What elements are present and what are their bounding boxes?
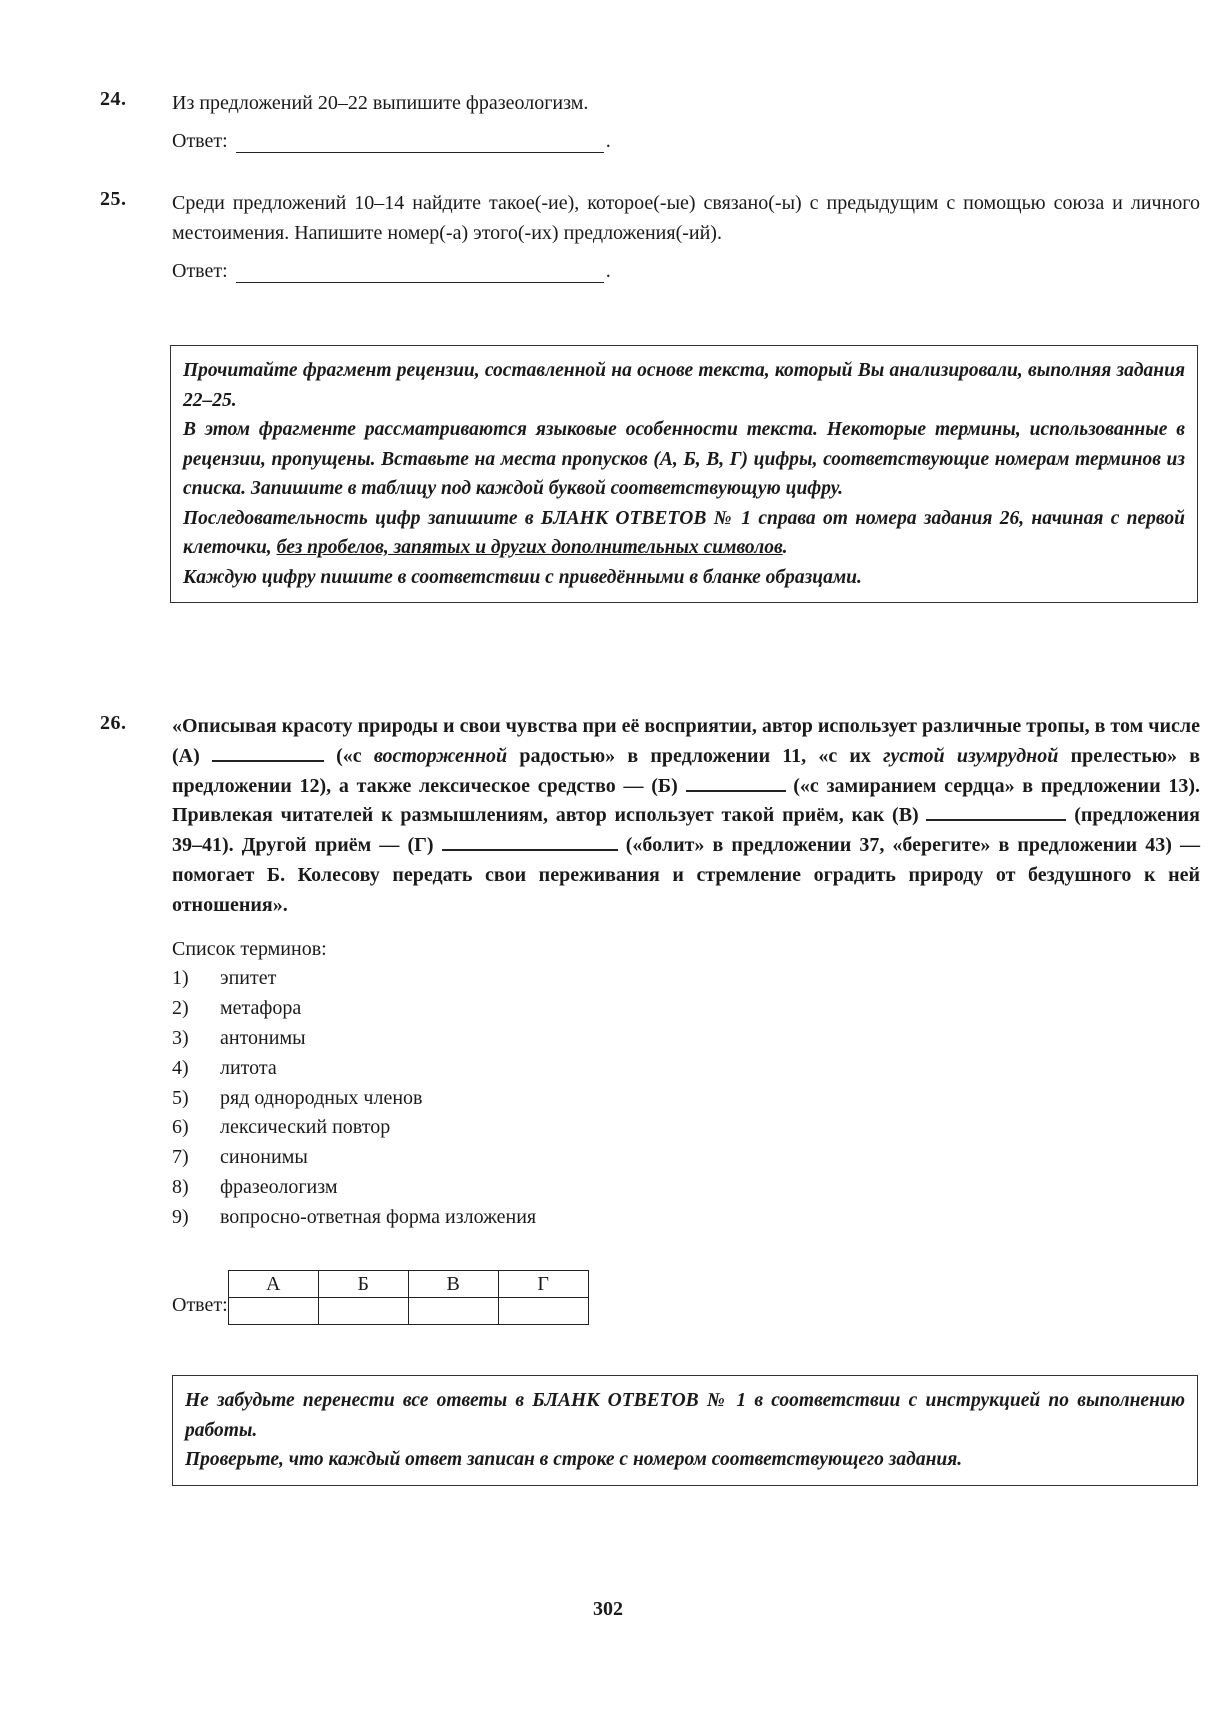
term-label: фразеологизм	[220, 1173, 338, 1203]
answer-line: Ответ: .	[172, 130, 1200, 153]
answer-column-header: А	[228, 1271, 318, 1298]
term-label: антонимы	[220, 1024, 306, 1054]
review-italic: густой изумрудной	[883, 745, 1058, 767]
review-fragment: «Описывая красоту природы и свои чувства…	[172, 712, 1200, 921]
term-item: 8)фразеологизм	[172, 1173, 1200, 1203]
term-label: литота	[220, 1054, 277, 1084]
task-26: 26. «Описывая красоту природы и свои чув…	[100, 712, 1200, 1233]
answer-cell[interactable]	[228, 1298, 318, 1325]
term-item: 2)метафора	[172, 994, 1200, 1024]
answer-cell[interactable]	[498, 1298, 588, 1325]
task-24: 24. Из предложений 20–22 выпишите фразео…	[100, 88, 1200, 153]
term-number: 4)	[172, 1054, 220, 1084]
task-number: 24.	[100, 88, 127, 111]
terms-list: Список терминов: 1)эпитет2)метафора3)ант…	[172, 935, 1200, 1233]
term-item: 7)синонимы	[172, 1143, 1200, 1173]
answer-period: .	[606, 260, 611, 283]
term-item: 4)литота	[172, 1054, 1200, 1084]
review-text: («с	[324, 745, 374, 767]
task-number: 26.	[100, 712, 127, 735]
task-text: Из предложений 20–22 выпишите фразеологи…	[172, 88, 1200, 118]
term-number: 2)	[172, 994, 220, 1024]
answer-value-row	[228, 1298, 588, 1325]
answer-period: .	[606, 130, 611, 153]
gap-v	[926, 801, 1066, 821]
answer-label: Ответ:	[172, 1294, 228, 1317]
term-number: 3)	[172, 1024, 220, 1054]
answer-line: Ответ: .	[172, 260, 1200, 283]
instruction-paragraph: Последовательность цифр запишите в БЛАНК…	[183, 504, 1185, 563]
instruction-paragraph: Прочитайте фрагмент рецензии, составленн…	[183, 356, 1185, 415]
term-number: 8)	[172, 1173, 220, 1203]
page-number: 302	[0, 1598, 1216, 1621]
task-number: 25.	[100, 188, 127, 211]
instruction-paragraph: В этом фрагменте рассматриваются языковы…	[183, 415, 1185, 504]
answer-cell[interactable]	[408, 1298, 498, 1325]
term-label: ряд однородных членов	[220, 1084, 422, 1114]
instruction-box: Прочитайте фрагмент рецензии, составленн…	[170, 345, 1198, 603]
instruction-underlined: без пробелов, запятых и других дополните…	[277, 537, 783, 558]
term-label: вопросно-ответная форма изложения	[220, 1203, 536, 1233]
review-italic: восторженной	[374, 745, 507, 767]
term-item: 1)эпитет	[172, 964, 1200, 994]
reminder-box: Не забудьте перенести все ответы в БЛАНК…	[172, 1375, 1198, 1486]
term-item: 6)лексический повтор	[172, 1113, 1200, 1143]
reminder-paragraph: Проверьте, что каждый ответ записан в ст…	[185, 1445, 1185, 1475]
term-number: 5)	[172, 1084, 220, 1114]
term-label: лексический повтор	[220, 1113, 390, 1143]
reminder-paragraph: Не забудьте перенести все ответы в БЛАНК…	[185, 1386, 1185, 1445]
terms-items: 1)эпитет2)метафора3)антонимы4)литота5)ря…	[172, 964, 1200, 1232]
answer-column-header: В	[408, 1271, 498, 1298]
term-item: 5)ряд однородных членов	[172, 1084, 1200, 1114]
terms-title: Список терминов:	[172, 935, 1200, 965]
term-number: 7)	[172, 1143, 220, 1173]
answer-grid: АБВГ	[228, 1270, 589, 1325]
answer-label: Ответ:	[172, 260, 228, 283]
exam-page: 24. Из предложений 20–22 выпишите фразео…	[0, 0, 1216, 1712]
term-label: метафора	[220, 994, 301, 1024]
gap-g	[442, 831, 618, 851]
term-label: эпитет	[220, 964, 276, 994]
answer-field-25[interactable]	[236, 262, 604, 283]
term-label: синонимы	[220, 1143, 308, 1173]
gap-b	[686, 772, 786, 792]
answer-column-header: Б	[318, 1271, 408, 1298]
answer-field-24[interactable]	[236, 132, 604, 153]
term-number: 9)	[172, 1203, 220, 1233]
answer-table-26: Ответ: АБВГ	[172, 1270, 589, 1325]
answer-header-row: АБВГ	[228, 1271, 588, 1298]
term-number: 6)	[172, 1113, 220, 1143]
review-text: радостью» в предложении 11, «с их	[507, 745, 883, 767]
term-item: 3)антонимы	[172, 1024, 1200, 1054]
task-text: Среди предложений 10–14 найдите такое(-и…	[172, 188, 1200, 248]
instruction-paragraph: Каждую цифру пишите в соответствии с при…	[183, 563, 1185, 593]
answer-label: Ответ:	[172, 130, 228, 153]
gap-a	[212, 742, 324, 762]
answer-column-header: Г	[498, 1271, 588, 1298]
answer-cell[interactable]	[318, 1298, 408, 1325]
instruction-text: .	[783, 537, 788, 558]
term-item: 9)вопросно-ответная форма изложения	[172, 1203, 1200, 1233]
term-number: 1)	[172, 964, 220, 994]
task-25: 25. Среди предложений 10–14 найдите тако…	[100, 188, 1200, 283]
